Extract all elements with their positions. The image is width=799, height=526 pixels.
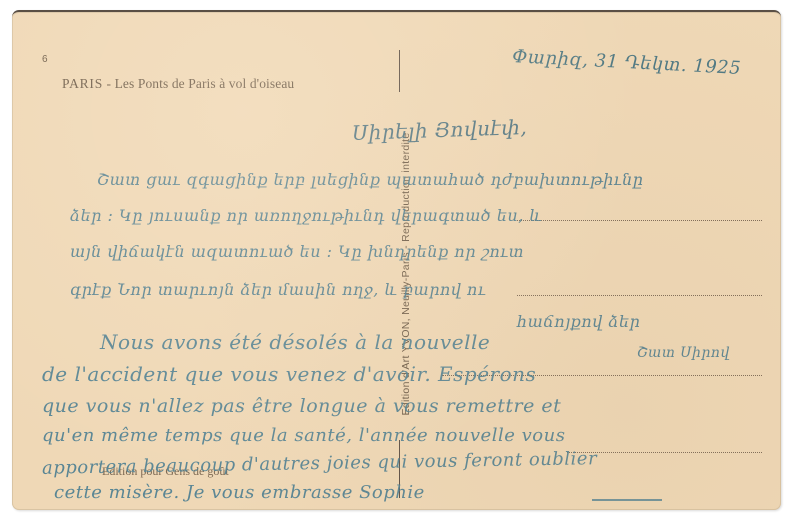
- armenian-line-1: Շատ ցաւ զգացինք երբ լսեցինք պատահած դժբա…: [97, 170, 643, 189]
- divider-line-top: [399, 50, 400, 92]
- french-line-5: apportera beaucoup d'autres joies qui vo…: [42, 448, 597, 479]
- armenian-line-5: հաճոյքով ձեր: [517, 312, 640, 331]
- postcard: 6 PARIS - Les Ponts de Paris à vol d'ois…: [12, 10, 781, 510]
- address-line-2: [517, 295, 762, 296]
- card-number: 6: [42, 54, 48, 65]
- french-line-1: Nous avons été désolés à la nouvelle: [100, 330, 490, 354]
- armenian-line-2: ձեր : Կը յուսանք որ առողջութիւնդ վերագտա…: [70, 206, 542, 225]
- caption-text: - Les Ponts de Paris à vol d'oiseau: [103, 76, 294, 91]
- french-line-6: cette misère. Je vous embrasse Sophie: [54, 482, 425, 503]
- caption-city: PARIS: [62, 76, 103, 91]
- postcard-caption: PARIS - Les Ponts de Paris à vol d'oisea…: [62, 76, 294, 92]
- armenian-line-4: գրէք Նոր տարւոյն ձեր մասին ողջ, և բարով …: [70, 280, 486, 299]
- french-line-3: que vous n'allez pas être longue à vous …: [42, 395, 561, 417]
- handwritten-salutation: Սիրելի Յովսէփ,: [352, 115, 528, 145]
- signature-flourish: [592, 499, 662, 501]
- french-line-4: qu'en même temps que la santé, l'année n…: [42, 425, 565, 446]
- armenian-side-note: Շատ Սիրով: [637, 345, 730, 361]
- armenian-line-3: այն վիճակէն ազատուած ես : Կը խնդրենք որ …: [70, 242, 524, 261]
- french-line-2: de l'accident que vous venez d'avoir. Es…: [42, 362, 536, 386]
- handwritten-date: Փարիզ, 31 Դեկտ. 1925: [512, 46, 742, 79]
- address-line-1: [517, 220, 762, 221]
